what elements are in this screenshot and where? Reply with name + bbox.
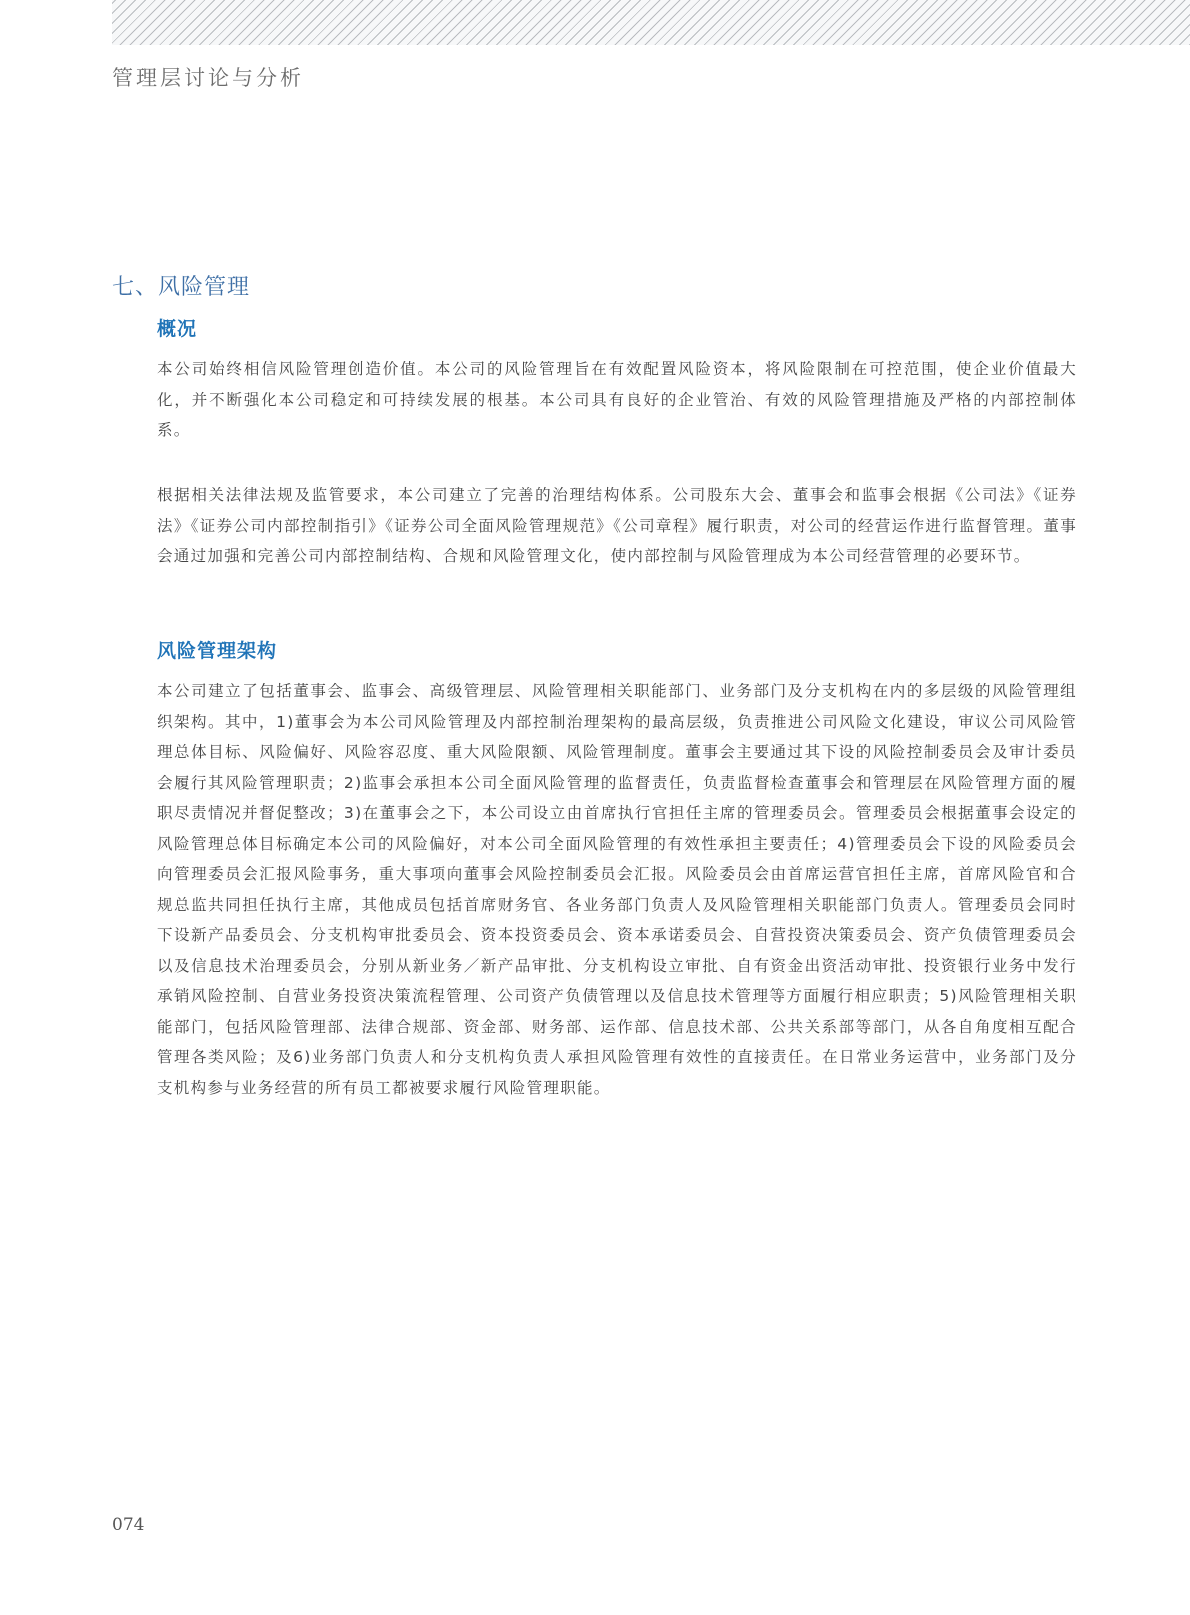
running-header-title: 管理层讨论与分析 <box>112 62 304 92</box>
subheading-overview: 概况 <box>157 314 197 341</box>
paragraph-risk-framework: 本公司建立了包括董事会、监事会、高级管理层、风险管理相关职能部门、业务部门及分支… <box>157 676 1077 1103</box>
subheading-risk-framework: 风险管理架构 <box>157 636 277 663</box>
paragraph-overview-1: 本公司始终相信风险管理创造价值。本公司的风险管理旨在有效配置风险资本，将风险限制… <box>157 354 1077 446</box>
decorative-hatch-band <box>112 0 1190 45</box>
page-number: 074 <box>112 1515 144 1535</box>
section-title: 七、风险管理 <box>112 270 250 301</box>
paragraph-overview-2: 根据相关法律法规及监管要求，本公司建立了完善的治理结构体系。公司股东大会、董事会… <box>157 480 1077 572</box>
